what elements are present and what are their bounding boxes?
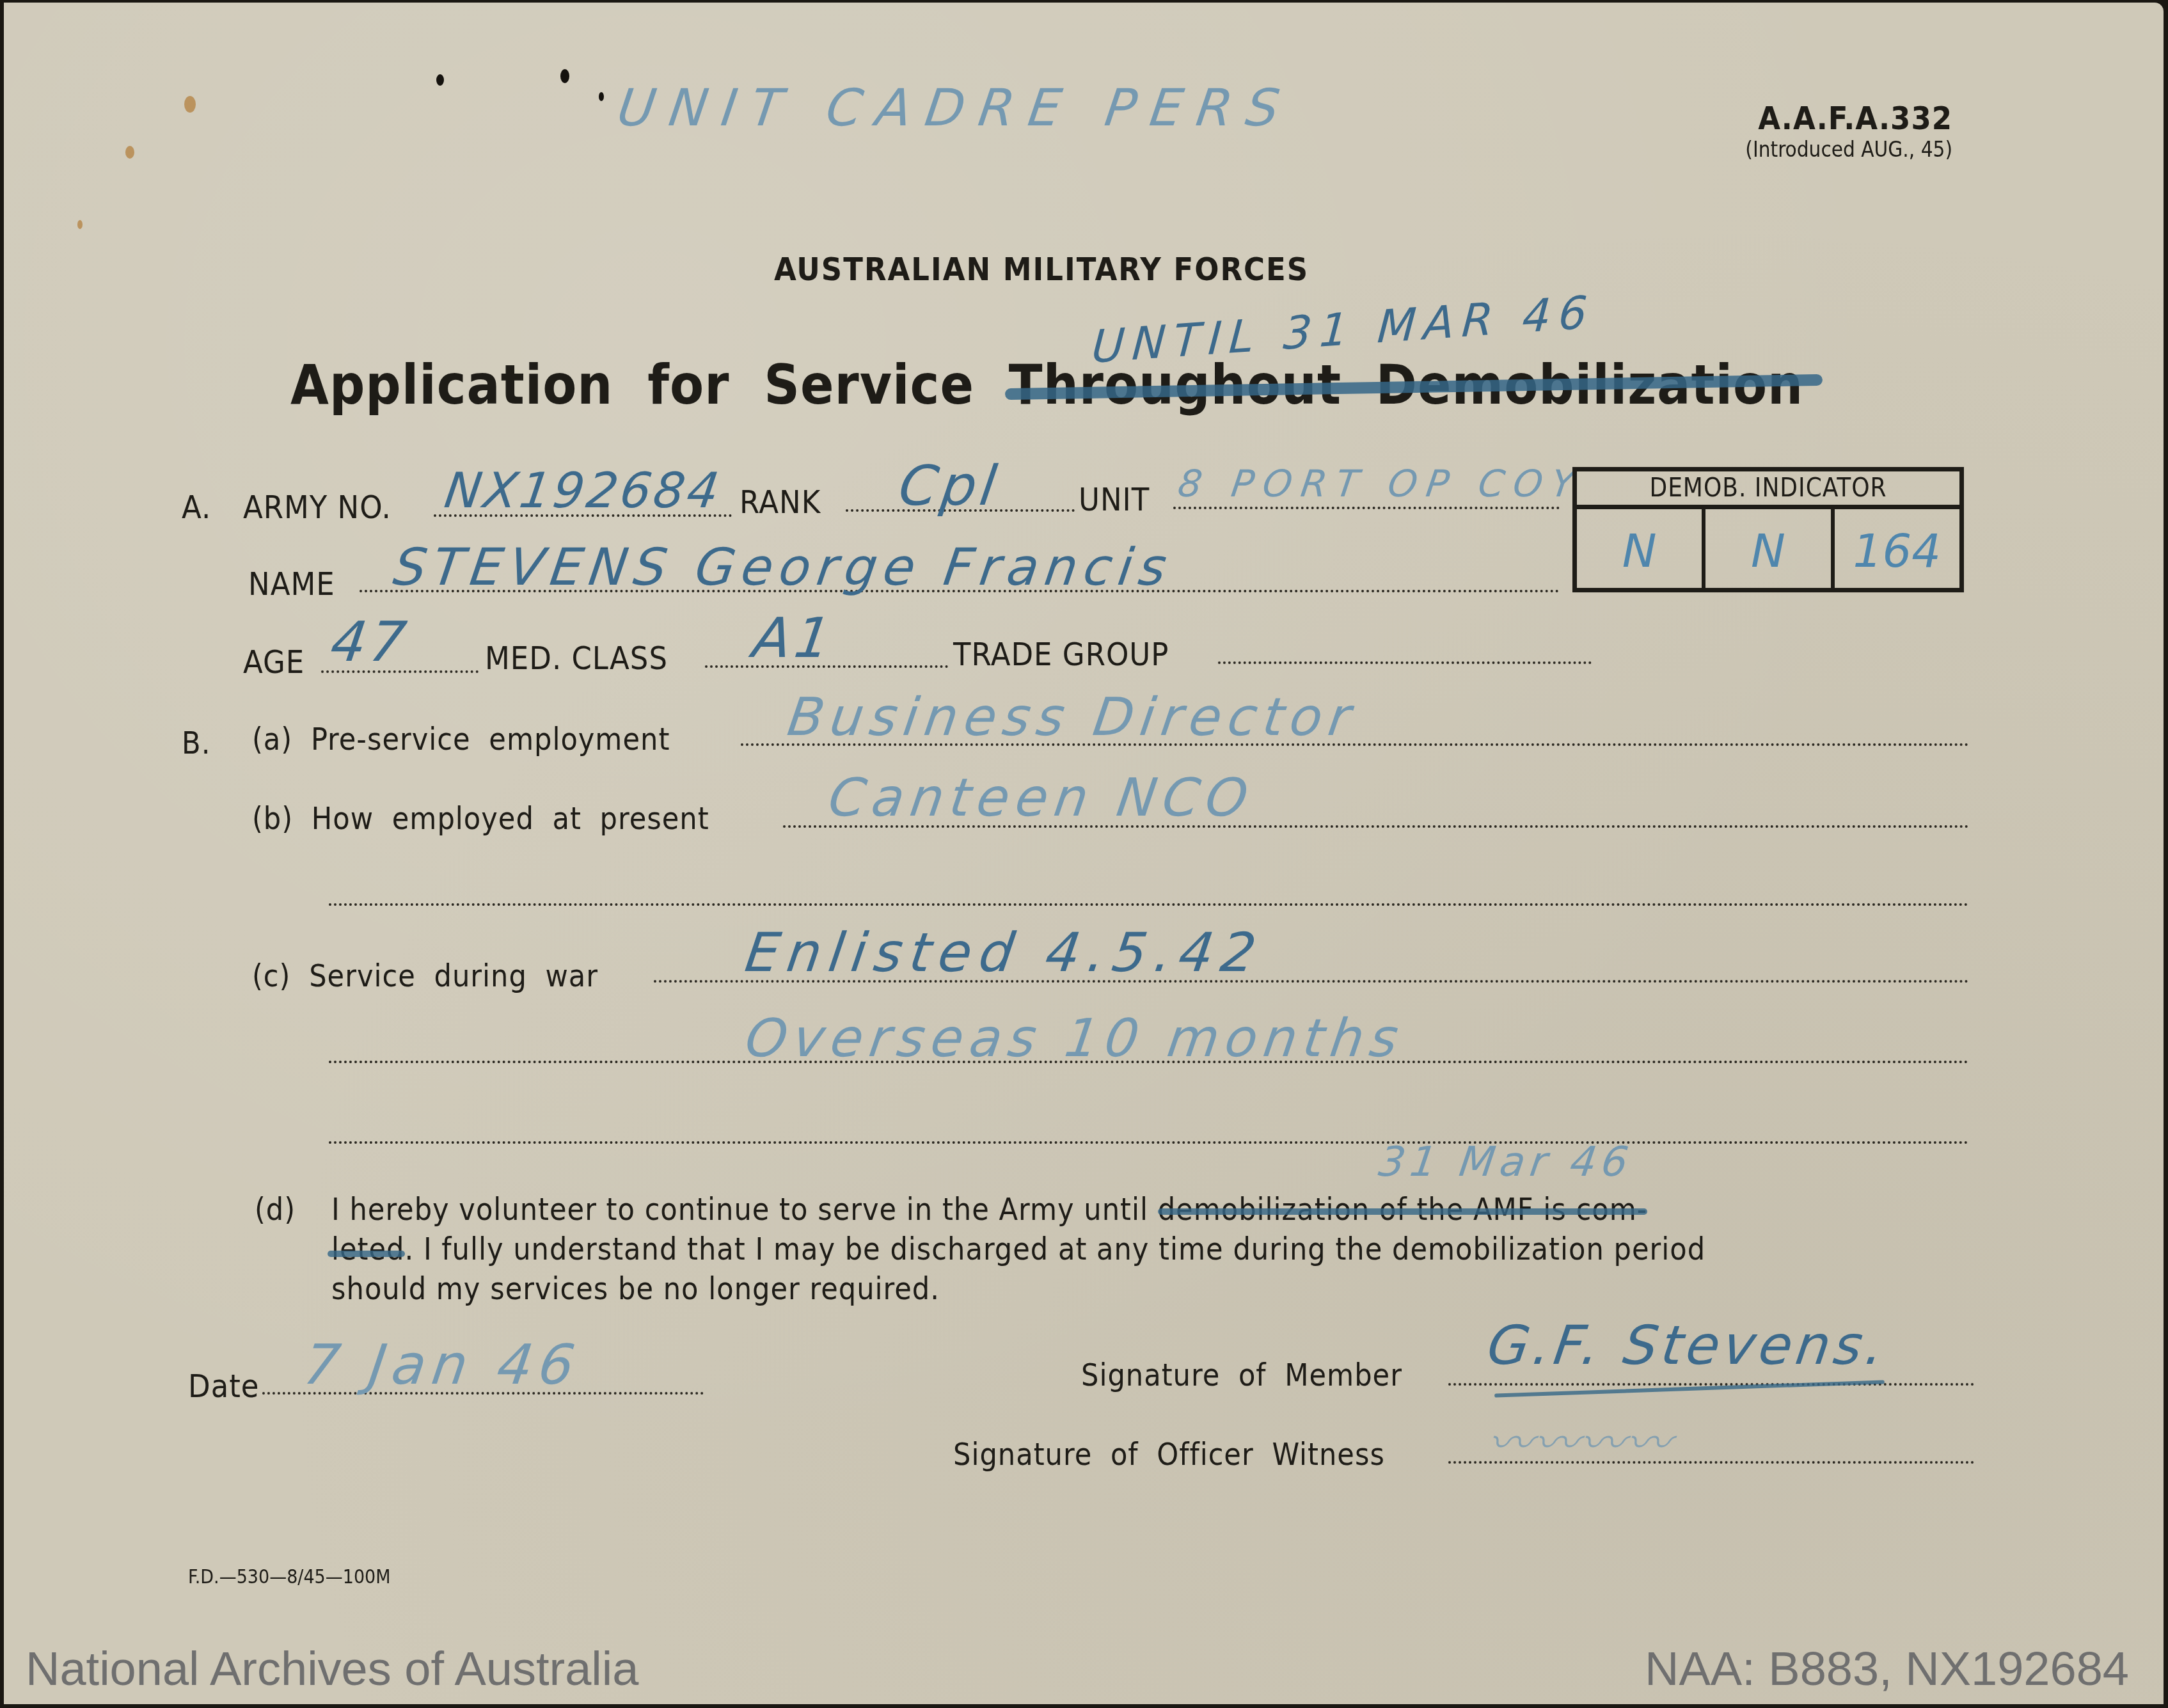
army-no-value: NX192684 <box>441 462 725 519</box>
punch-hole <box>599 92 604 101</box>
service-during-war-value-1: Enlisted 4.5.42 <box>741 921 1267 984</box>
strike-through-mark <box>1158 1208 1648 1215</box>
member-signature-field[interactable] <box>1448 1383 1974 1386</box>
strike-through-mark <box>328 1251 405 1257</box>
unit-label: UNIT <box>1079 481 1150 518</box>
handwritten-until-date: 31 Mar 46 <box>1376 1139 1636 1186</box>
rust-stain <box>125 146 134 159</box>
officer-witness-signature-label: Signature of Officer Witness <box>953 1437 1385 1473</box>
med-class-value: A1 <box>749 606 839 670</box>
present-employment-value: Canteen NCO <box>825 768 1258 828</box>
title-prefix: Application for Service <box>290 353 974 417</box>
unit-field[interactable] <box>1173 507 1560 509</box>
service-during-war-value-2: Overseas 10 months <box>741 1008 1408 1069</box>
unit-value: 8 PORT OP COY <box>1175 462 1586 505</box>
name-value: STEVENS George Francis <box>390 537 1176 597</box>
rust-stain <box>184 96 196 113</box>
demob-indicator-box: DEMOB. INDICATOR N N 164 <box>1572 467 1964 592</box>
service-during-war-label: (c) Service during war <box>252 958 598 994</box>
pre-service-employment-label: (a) Pre-service employment <box>252 722 670 757</box>
army-no-label: ARMY NO. <box>243 489 392 526</box>
title-struck-words: Throughout Demobilization <box>1009 353 1803 417</box>
demob-indicator-cell-2[interactable]: N <box>1705 509 1834 592</box>
med-class-label: MED. CLASS <box>485 640 668 677</box>
pre-service-employment-value: Business Director <box>784 687 1361 748</box>
section-a-marker: A. <box>182 489 211 526</box>
officer-witness-signature-mark: 〰〰〰〰 <box>1484 1407 1677 1472</box>
print-code: F.D.—530—8/45—100M <box>188 1566 391 1588</box>
member-signature-value: G.F. Stevens. <box>1484 1314 1891 1377</box>
rank-label: RANK <box>740 484 821 521</box>
demob-indicator-cell-3[interactable]: 164 <box>1835 509 1959 592</box>
demob-indicator-cell-1[interactable]: N <box>1577 509 1705 592</box>
date-label: Date <box>188 1368 260 1405</box>
organisation-heading: AUSTRALIAN MILITARY FORCES <box>774 251 1309 288</box>
present-employment-field-line-2[interactable] <box>329 903 1969 906</box>
trade-group-label: TRADE GROUP <box>953 636 1169 673</box>
punch-hole <box>436 74 444 86</box>
member-signature-label: Signature of Member <box>1081 1357 1402 1393</box>
handwritten-annotation-top: UNIT CADRE PERS <box>613 78 1297 138</box>
archive-name: National Archives of Australia <box>26 1641 638 1696</box>
rust-stain <box>77 220 83 229</box>
punch-hole <box>560 69 569 83</box>
name-label: NAME <box>248 565 335 603</box>
age-value: 47 <box>327 610 413 674</box>
date-value: 7 Jan 46 <box>300 1333 585 1397</box>
page-title: Application for Service Throughout Demob… <box>290 353 1803 417</box>
age-label: AGE <box>243 644 305 681</box>
service-during-war-field-line-3[interactable] <box>329 1141 1969 1144</box>
declaration-text: I hereby volunteer to continue to serve … <box>331 1190 1705 1309</box>
document-page: UNIT CADRE PERS A.A.F.A.332 (Introduced … <box>4 3 2164 1704</box>
demob-indicator-label: DEMOB. INDICATOR <box>1577 471 1959 509</box>
form-code: A.A.F.A.332 <box>1758 100 1952 137</box>
declaration-marker: (d) <box>255 1190 296 1230</box>
present-employment-label: (b) How employed at present <box>252 801 709 837</box>
form-introduced-date: (Introduced AUG., 45) <box>1745 137 1952 162</box>
rank-value: Cpl <box>895 454 1004 518</box>
trade-group-field[interactable] <box>1218 661 1592 664</box>
section-b-marker: B. <box>182 725 210 761</box>
archive-reference: NAA: B883, NX192684 <box>1645 1641 2129 1696</box>
